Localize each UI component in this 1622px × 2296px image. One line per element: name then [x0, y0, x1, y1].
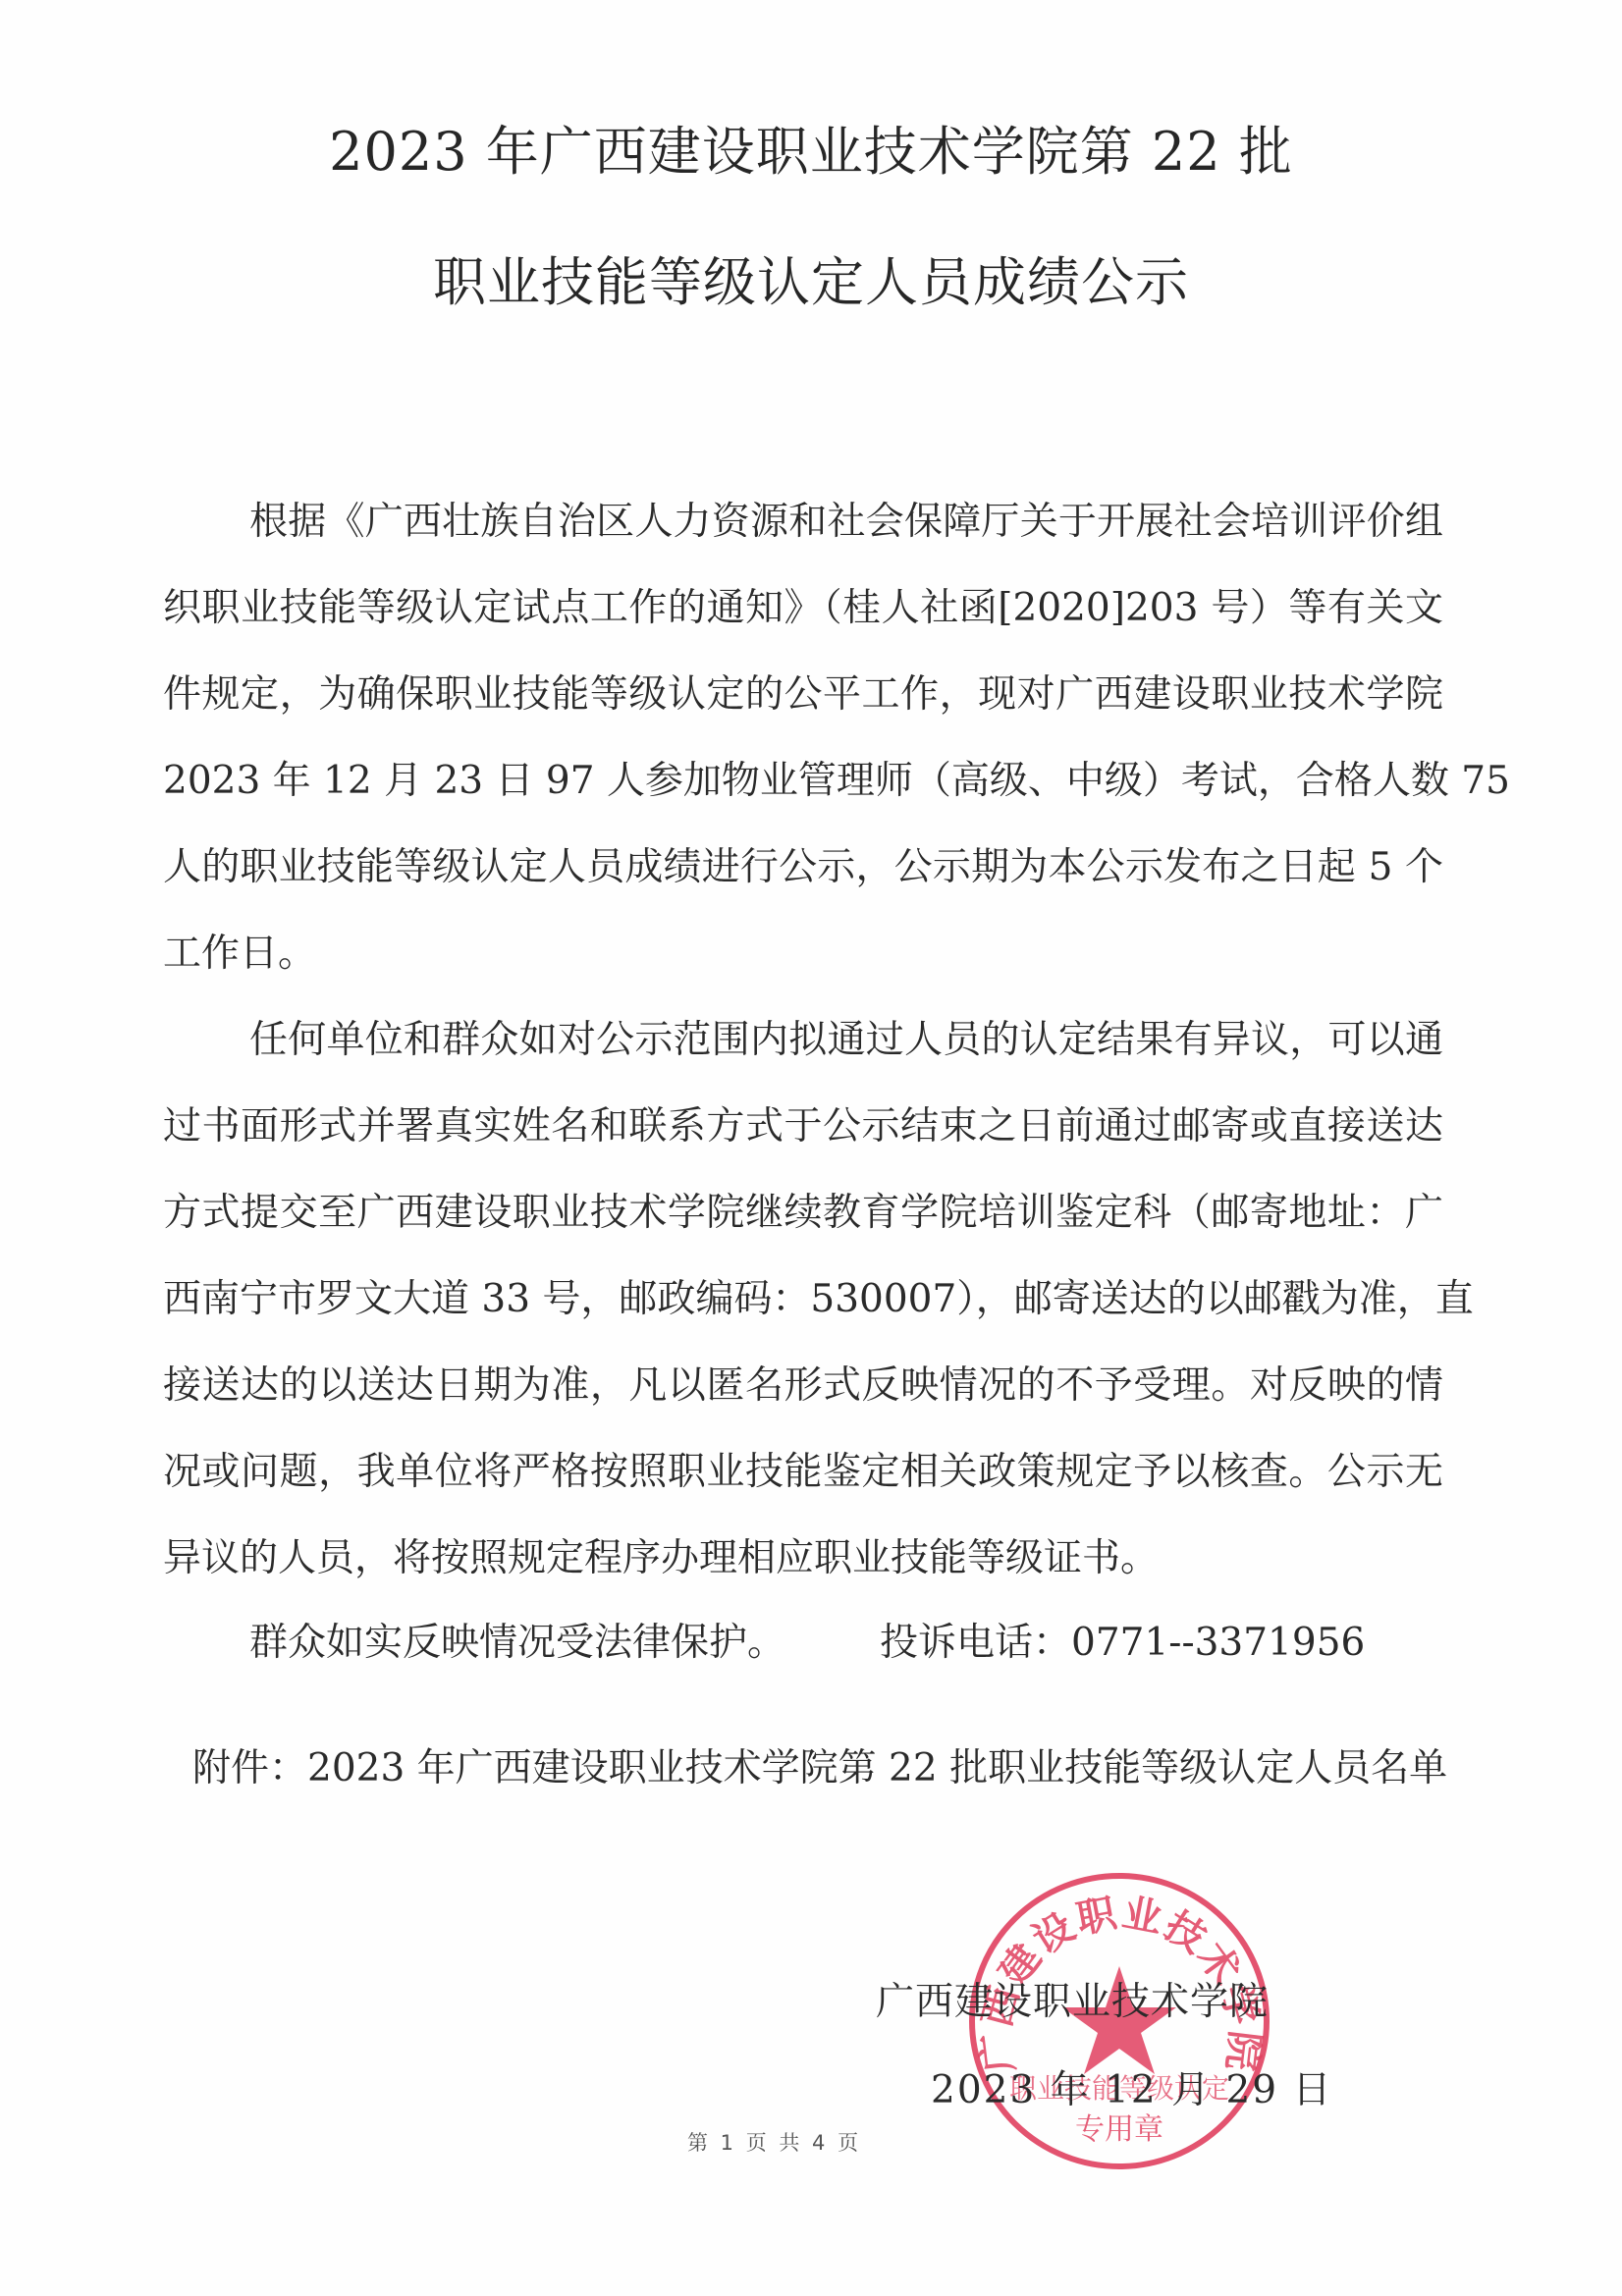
- document-title-line-1: 2023 年广西建设职业技术学院第 22 批: [0, 110, 1622, 186]
- paragraph-line: 织职业技能等级认定试点工作的通知》（桂人社函[2020]203 号）等有关文: [163, 565, 1443, 652]
- page-number-footer: 第 1 页 共 4 页: [687, 2127, 858, 2157]
- issue-date: 2023 年 12 月 29 日: [931, 2059, 1333, 2114]
- paragraph-announcement: 根据《广西壮族自治区人力资源和社会保障厅关于开展社会培训评价组 织职业技能等级认…: [163, 479, 1443, 997]
- seal-bottom-text: 专用章: [1075, 2112, 1163, 2147]
- paragraph-objection-procedure: 任何单位和群众如对公示范围内拟通过人员的认定结果有异议，可以通 过书面形式并署真…: [163, 997, 1443, 1602]
- paragraph-line: 方式提交至广西建设职业技术学院继续教育学院培训鉴定科（邮寄地址：广: [163, 1170, 1443, 1256]
- paragraph-line: 工作日。: [163, 911, 1443, 997]
- paragraph-line: 任何单位和群众如对公示范围内拟通过人员的认定结果有异议，可以通: [163, 997, 1443, 1084]
- paragraph-line: 2023 年 12 月 23 日 97 人参加物业管理师（高级、中级）考试，合格…: [163, 738, 1443, 825]
- complaint-phone-number: 0771--3371956: [1071, 1621, 1365, 1665]
- complaint-phone: 投诉电话：0771--3371956: [880, 1612, 1365, 1667]
- paragraph-line: 人的职业技能等级认定人员成绩进行公示，公示期为本公示发布之日起 5 个: [163, 825, 1443, 911]
- attachment-note: 附件：2023 年广西建设职业技术学院第 22 批职业技能等级认定人员名单: [192, 1737, 1447, 1792]
- paragraph-line: 件规定，为确保职业技能等级认定的公平工作，现对广西建设职业技术学院: [163, 652, 1443, 738]
- document-title-line-2: 职业技能等级认定人员成绩公示: [0, 240, 1622, 316]
- paragraph-line: 西南宁市罗文大道 33 号，邮政编码：530007），邮寄送达的以邮戳为准，直: [163, 1256, 1443, 1343]
- legal-protection-statement: 群众如实反映情况受法律保护。: [249, 1612, 785, 1667]
- complaint-phone-label: 投诉电话：: [880, 1621, 1071, 1665]
- paragraph-line: 况或问题，我单位将严格按照职业技能鉴定相关政策规定予以核查。公示无: [163, 1429, 1443, 1516]
- document-page: 2023 年广西建设职业技术学院第 22 批 职业技能等级认定人员成绩公示 根据…: [0, 0, 1622, 2296]
- paragraph-line: 异议的人员，将按照规定程序办理相应职业技能等级证书。: [163, 1516, 1443, 1602]
- paragraph-line: 根据《广西壮族自治区人力资源和社会保障厅关于开展社会培训评价组: [163, 479, 1443, 565]
- issuing-organization: 广西建设职业技术学院: [876, 1971, 1269, 2026]
- paragraph-line: 接送达的以送达日期为准，凡以匿名形式反映情况的不予受理。对反映的情: [163, 1343, 1443, 1429]
- paragraph-line: 过书面形式并署真实姓名和联系方式于公示结束之日前通过邮寄或直接送达: [163, 1084, 1443, 1170]
